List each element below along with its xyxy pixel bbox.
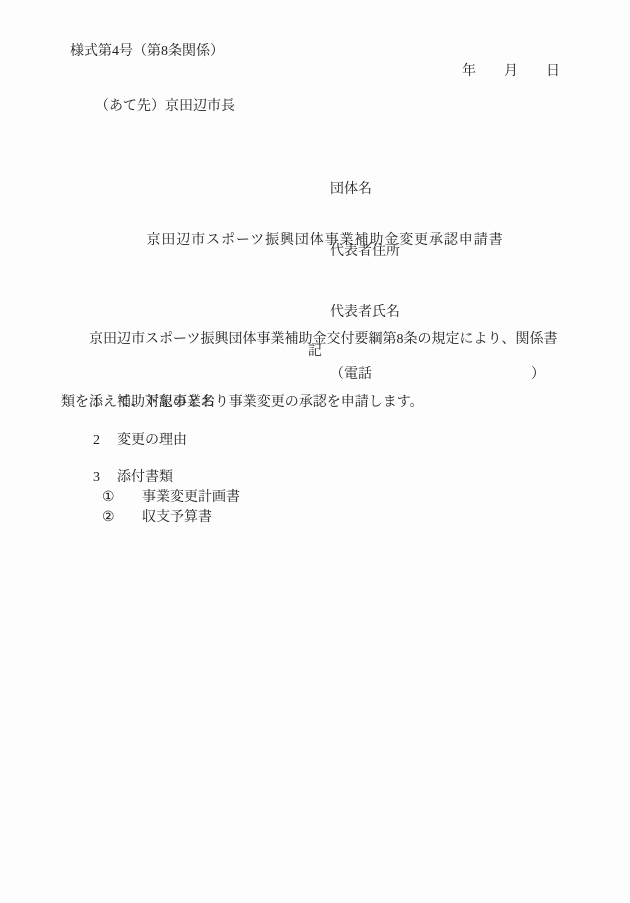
addressee-line: （あて先）京田辺市長 — [95, 99, 235, 115]
item-label: 変更の理由 — [117, 433, 187, 448]
item-number: 1 — [93, 395, 117, 411]
form-number: 様式第4号（第8条関係） — [70, 44, 224, 60]
sub-item-label: 収支予算書 — [142, 510, 212, 525]
date-line: 年 月 日 — [462, 64, 560, 80]
organization-name-label: 団体名 — [330, 180, 545, 201]
sub-item-number: ② — [102, 510, 142, 526]
record-heading: 記 — [0, 344, 630, 360]
document-title: 京田辺市スポーツ振興団体事業補助金変更承認申請書 — [20, 233, 630, 249]
sub-list-item: ②収支予算書 — [88, 494, 212, 542]
item-number: 2 — [93, 433, 117, 449]
item-label: 補助対象事業名 — [117, 395, 215, 410]
document-page: 様式第4号（第8条関係） 年 月 日 （あて先）京田辺市長 団体名 代表者住所 … — [0, 0, 630, 903]
